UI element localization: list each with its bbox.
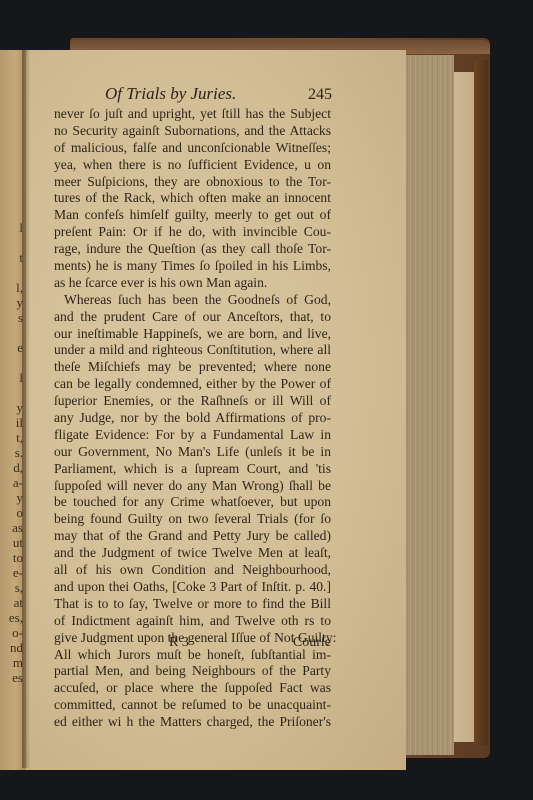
facing-page-fragment: ut	[9, 535, 23, 550]
text-line: accuſed, or place where the ſuppoſed Fac…	[54, 680, 331, 697]
text-line: give Judgment upon the general Iſſue of …	[54, 630, 331, 647]
body-text: never ſo juſt and upright, yet ſtill has…	[54, 106, 331, 731]
text-line: of Indictment againſt him, and Twelve ot…	[54, 613, 331, 630]
facing-page-fragment: es	[9, 670, 23, 685]
text-line: no Security againſt Subornations, and th…	[54, 123, 331, 140]
text-line: of malicious, falſe and unconſcionable W…	[54, 140, 331, 157]
facing-page-fragment: il	[9, 415, 23, 430]
facing-page-fragment: to	[9, 550, 23, 565]
catchword: Courſe	[293, 635, 331, 651]
text-line: under a mild and righteous Conſtitution,…	[54, 342, 331, 359]
text-line: tures of the Rack, which often make an i…	[54, 190, 331, 207]
running-head-title: Of Trials by Juries.	[105, 84, 236, 104]
facing-page-fragment: l	[9, 220, 23, 235]
text-line: may that of the Grand and Petty Jury be …	[54, 528, 331, 545]
gutter-shadow	[22, 50, 30, 768]
facing-page-fragment: a-	[9, 475, 23, 490]
text-line: All which Jurors muſt be honeſt, ſubſtan…	[54, 647, 331, 664]
facing-page-fragment	[9, 385, 23, 400]
text-line: theſe Miſchiefs may be prevented; where …	[54, 359, 331, 376]
facing-page-fragment	[9, 265, 23, 280]
facing-page-fragment	[9, 325, 23, 340]
facing-page-fragment: s.	[9, 445, 23, 460]
facing-page-fragment	[9, 235, 23, 250]
page-number: 245	[308, 86, 332, 104]
facing-page-fragment: d,	[9, 460, 23, 475]
facing-page-fragment: y	[9, 490, 23, 505]
text-line: being found Guilty on two ſeveral Trials…	[54, 511, 331, 528]
page-edges	[404, 55, 454, 755]
facing-page-fragment: t	[9, 250, 23, 265]
facing-page-fragment: nd	[9, 640, 23, 655]
text-line: yea, when there is no ſufficient Evidenc…	[54, 157, 331, 174]
text-line: partial Men, and being Neighbours of the…	[54, 663, 331, 680]
facing-page-fragment: es,	[9, 610, 23, 625]
facing-page-fragment: s	[9, 310, 23, 325]
text-line: never ſo juſt and upright, yet ſtill has…	[54, 106, 331, 123]
text-line: and the Judgment of twice Twelve Men at …	[54, 545, 331, 562]
text-line: fligate Evidence: For by a Fundamental L…	[54, 427, 331, 444]
facing-page-fragment: o	[9, 505, 23, 520]
text-line: as he ſcarce ever is his own Man again.	[54, 275, 331, 292]
facing-page-fragment: e-	[9, 565, 23, 580]
text-line: ſuperior Enemies, or the Raſhneſs or ill…	[54, 393, 331, 410]
text-line: ments) he is many Times ſo ſpoiled in hi…	[54, 258, 331, 275]
text-line: rage, indure the Queſtion (as they call …	[54, 241, 331, 258]
text-line: can be legally condemned, either by the …	[54, 376, 331, 393]
facing-page-fragment: e	[9, 340, 23, 355]
text-line: our ineſtimable Happineſs, we are born, …	[54, 326, 331, 343]
facing-page-fragment: l	[9, 370, 23, 385]
book-photo: ltl,yselyilt,s.d,a-yoasuttoe-s,ates,o-nd…	[0, 0, 533, 800]
facing-page-fragment: at	[9, 595, 23, 610]
book-cover-edge	[474, 60, 488, 745]
text-line: any Judge, nor by the bold Affirmations …	[54, 410, 331, 427]
text-line: Man confeſs himſelf guilty, meerly to ge…	[54, 207, 331, 224]
text-line: ed either wi h the Matters charged, the …	[54, 714, 331, 731]
page-edges-inner	[454, 72, 474, 742]
facing-page-text-fragments: ltl,yselyilt,s.d,a-yoasuttoe-s,ates,o-nd…	[9, 220, 23, 685]
text-line: and upon thei Oaths, [Coke 3 Part of Inſ…	[54, 579, 331, 596]
facing-page-fragment: y	[9, 295, 23, 310]
facing-page-fragment: l,	[9, 280, 23, 295]
text-line: our Government, No Man's Life (unleſs it…	[54, 444, 331, 461]
signature-mark: R 3	[169, 635, 189, 651]
text-line: all of his own Condition and Neighbourho…	[54, 562, 331, 579]
facing-page-fragment: m	[9, 655, 23, 670]
text-line: and the prudent Care of our Anceſtors, t…	[54, 309, 331, 326]
facing-page-fragment: o-	[9, 625, 23, 640]
text-line: preſent Pain: Or if he do, with invincib…	[54, 224, 331, 241]
text-line: meer Suſpicions, they are obnoxious to t…	[54, 174, 331, 191]
text-line: committed, cannot be reſumed to be unacq…	[54, 697, 331, 714]
text-line: That is to to ſay, Twelve or more to fin…	[54, 596, 331, 613]
text-line: Parliament, which is a ſupream Court, an…	[54, 461, 331, 478]
text-line: ſuppoſed will never do any Man Wrong) ſh…	[54, 478, 331, 495]
facing-page-fragment: t,	[9, 430, 23, 445]
facing-page-fragment: as	[9, 520, 23, 535]
facing-page-fragment: s,	[9, 580, 23, 595]
facing-page-fragment	[9, 355, 23, 370]
text-line: be touched for any Crime whatſoever, but…	[54, 494, 331, 511]
facing-page-fragment: y	[9, 400, 23, 415]
text-line: Whereas ſuch has been the Goodneſs of Go…	[54, 292, 331, 309]
